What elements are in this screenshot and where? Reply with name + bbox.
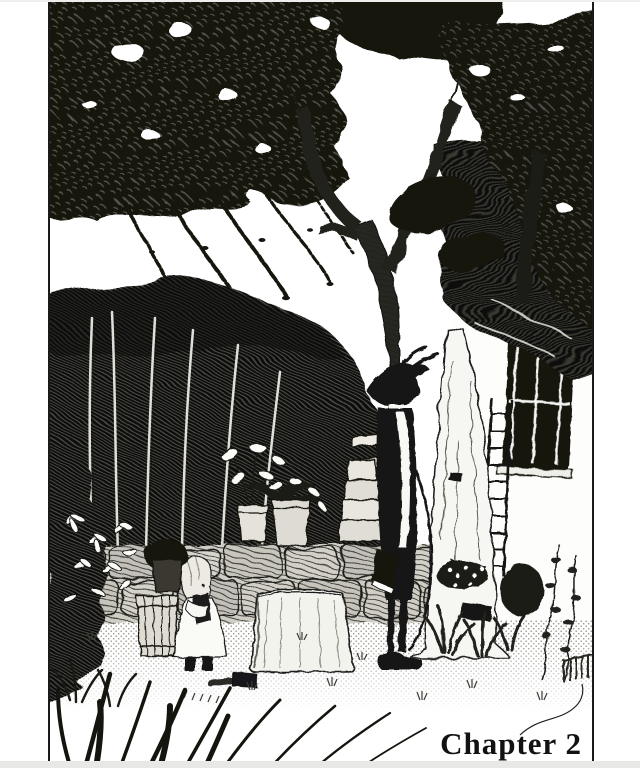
panel-border-left bbox=[48, 0, 50, 762]
manga-panel-artwork bbox=[0, 0, 640, 768]
panel-border-right bbox=[592, 0, 594, 762]
manga-page: Chapter 2 bbox=[0, 0, 640, 768]
page-edge-top bbox=[0, 0, 640, 2]
chapter-label: Chapter 2 bbox=[440, 726, 582, 762]
girl-boot-left bbox=[184, 657, 195, 671]
tree-stump bbox=[250, 590, 354, 673]
page-margin-left bbox=[0, 0, 48, 768]
page-margin-right bbox=[594, 0, 640, 768]
girl-boot-right bbox=[202, 657, 213, 671]
girl-eye bbox=[202, 584, 205, 587]
barrel-planter bbox=[136, 596, 178, 656]
page-edge-bottom bbox=[0, 761, 640, 768]
